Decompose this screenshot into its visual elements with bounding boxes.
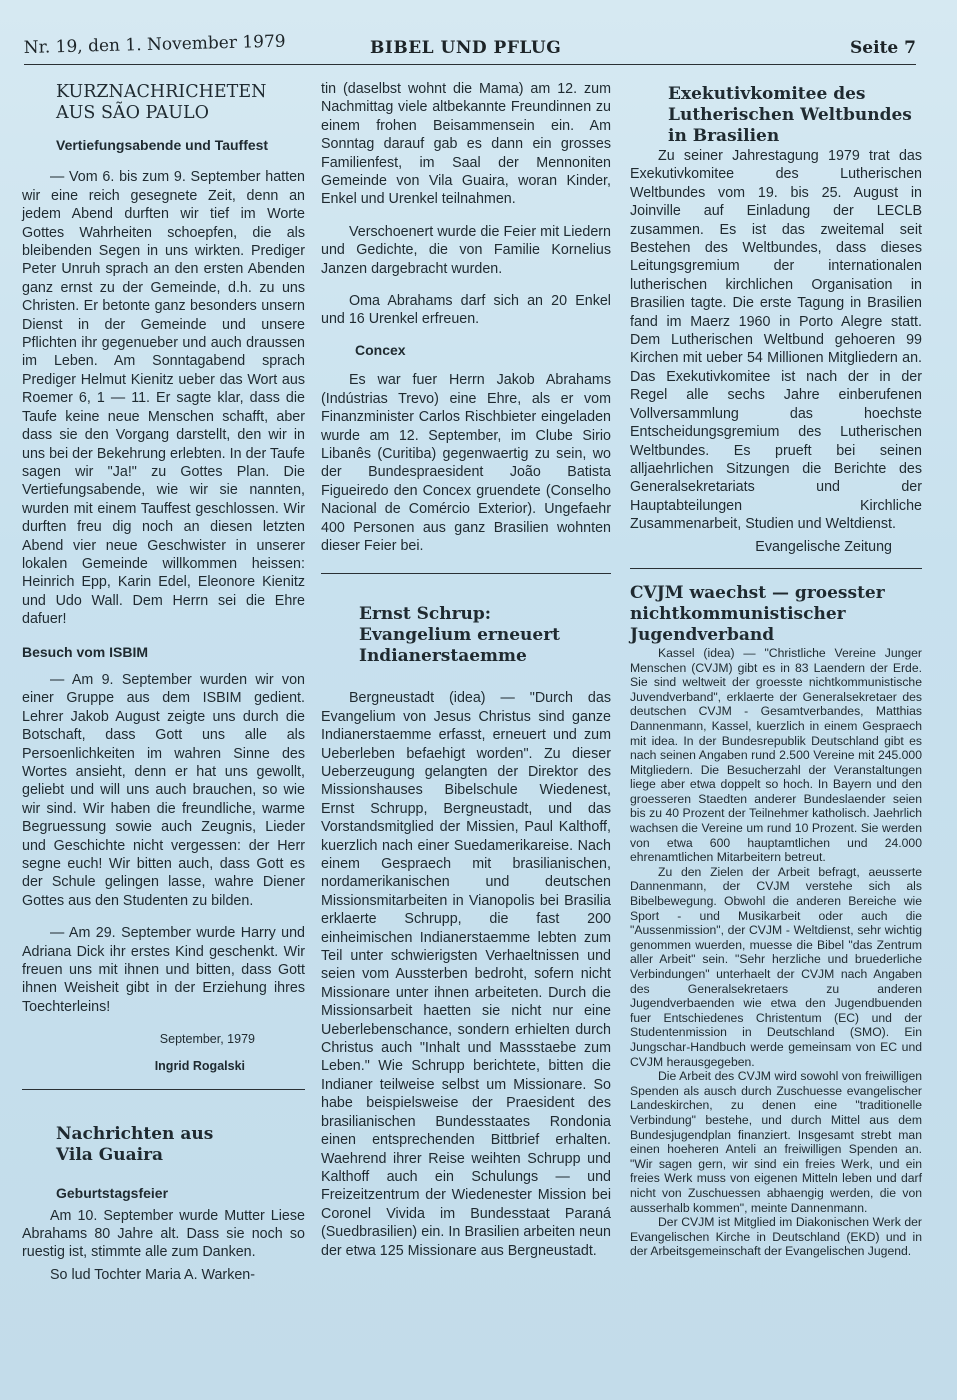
paragraph: So lud Tochter Maria A. Warken- xyxy=(22,1266,305,1284)
paragraph: Zu seiner Jahrestagung 1979 trat das Exe… xyxy=(630,147,922,534)
section-divider xyxy=(630,568,922,569)
header-rule xyxy=(24,64,916,65)
article-headline-schrup: Ernst Schrup: Evangelium erneuert Indian… xyxy=(321,604,611,667)
section-divider xyxy=(321,573,611,574)
paragraph: — Am 29. September wurde Harry und Adria… xyxy=(22,924,305,1016)
section-divider xyxy=(22,1089,305,1090)
article-headline-vila-guaira: Nachrichten aus Vila Guaira xyxy=(22,1124,305,1166)
paragraph: Es war fuer Herrn Jakob Abrahams (Indúst… xyxy=(321,371,611,555)
cvjm-article-body: Kassel (idea) — "Christliche Vereine Jun… xyxy=(630,646,922,1259)
paragraph: tin (daselbst wohnt die Mama) am 12. zum… xyxy=(321,80,611,209)
subheading: Besuch vom ISBIM xyxy=(22,643,305,661)
paragraph: Kassel (idea) — "Christliche Vereine Jun… xyxy=(630,646,922,865)
column-1: KURZNACHRICHETEN AUS SÃO PAULO Vertiefun… xyxy=(22,80,305,1284)
paragraph: Zu den Zielen der Arbeit befragt, aeusse… xyxy=(630,865,922,1069)
article-author: Ingrid Rogalski xyxy=(22,1057,305,1075)
publication-title: BIBEL UND PFLUG xyxy=(370,38,561,58)
subheading: Concex xyxy=(321,341,611,359)
paragraph: Oma Abrahams darf sich an 20 Enkel und 1… xyxy=(321,292,611,329)
paragraph: Am 10. September wurde Mutter Liese Abra… xyxy=(22,1207,305,1262)
article-headline-sao-paulo: KURZNACHRICHETEN AUS SÃO PAULO xyxy=(22,82,305,124)
article-date: September, 1979 xyxy=(22,1030,305,1048)
newspaper-page: Nr. 19, den 1. November 1979 BIBEL UND P… xyxy=(0,0,957,1400)
issue-date: Nr. 19, den 1. November 1979 xyxy=(24,32,286,58)
article-headline-lwb: Exekutivkomitee des Lutherischen Weltbun… xyxy=(630,84,922,147)
paragraph: Die Arbeit des CVJM wird sowohl von frei… xyxy=(630,1069,922,1215)
paragraph: Der CVJM ist Mitglied im Diakonischen We… xyxy=(630,1215,922,1259)
column-3: Exekutivkomitee des Lutherischen Weltbun… xyxy=(630,80,922,1259)
article-headline-cvjm: CVJM waechst — groesster nichtkommunisti… xyxy=(630,583,922,646)
paragraph: Bergneustadt (idea) — "Durch das Evangel… xyxy=(321,689,611,1260)
paragraph: — Am 9. September wurden wir von einer G… xyxy=(22,671,305,910)
paragraph: Verschoenert wurde die Feier mit Liedern… xyxy=(321,223,611,278)
page-number: Seite 7 xyxy=(850,38,916,58)
subheading: Vertiefungsabende und Tauffest xyxy=(22,136,305,154)
column-2: tin (daselbst wohnt die Mama) am 12. zum… xyxy=(321,80,611,1260)
subheading: Geburtstagsfeier xyxy=(22,1184,305,1202)
page-header: Nr. 19, den 1. November 1979 BIBEL UND P… xyxy=(24,36,916,66)
article-source: Evangelische Zeitung xyxy=(630,538,922,556)
paragraph: — Vom 6. bis zum 9. September hatten wir… xyxy=(22,168,305,628)
